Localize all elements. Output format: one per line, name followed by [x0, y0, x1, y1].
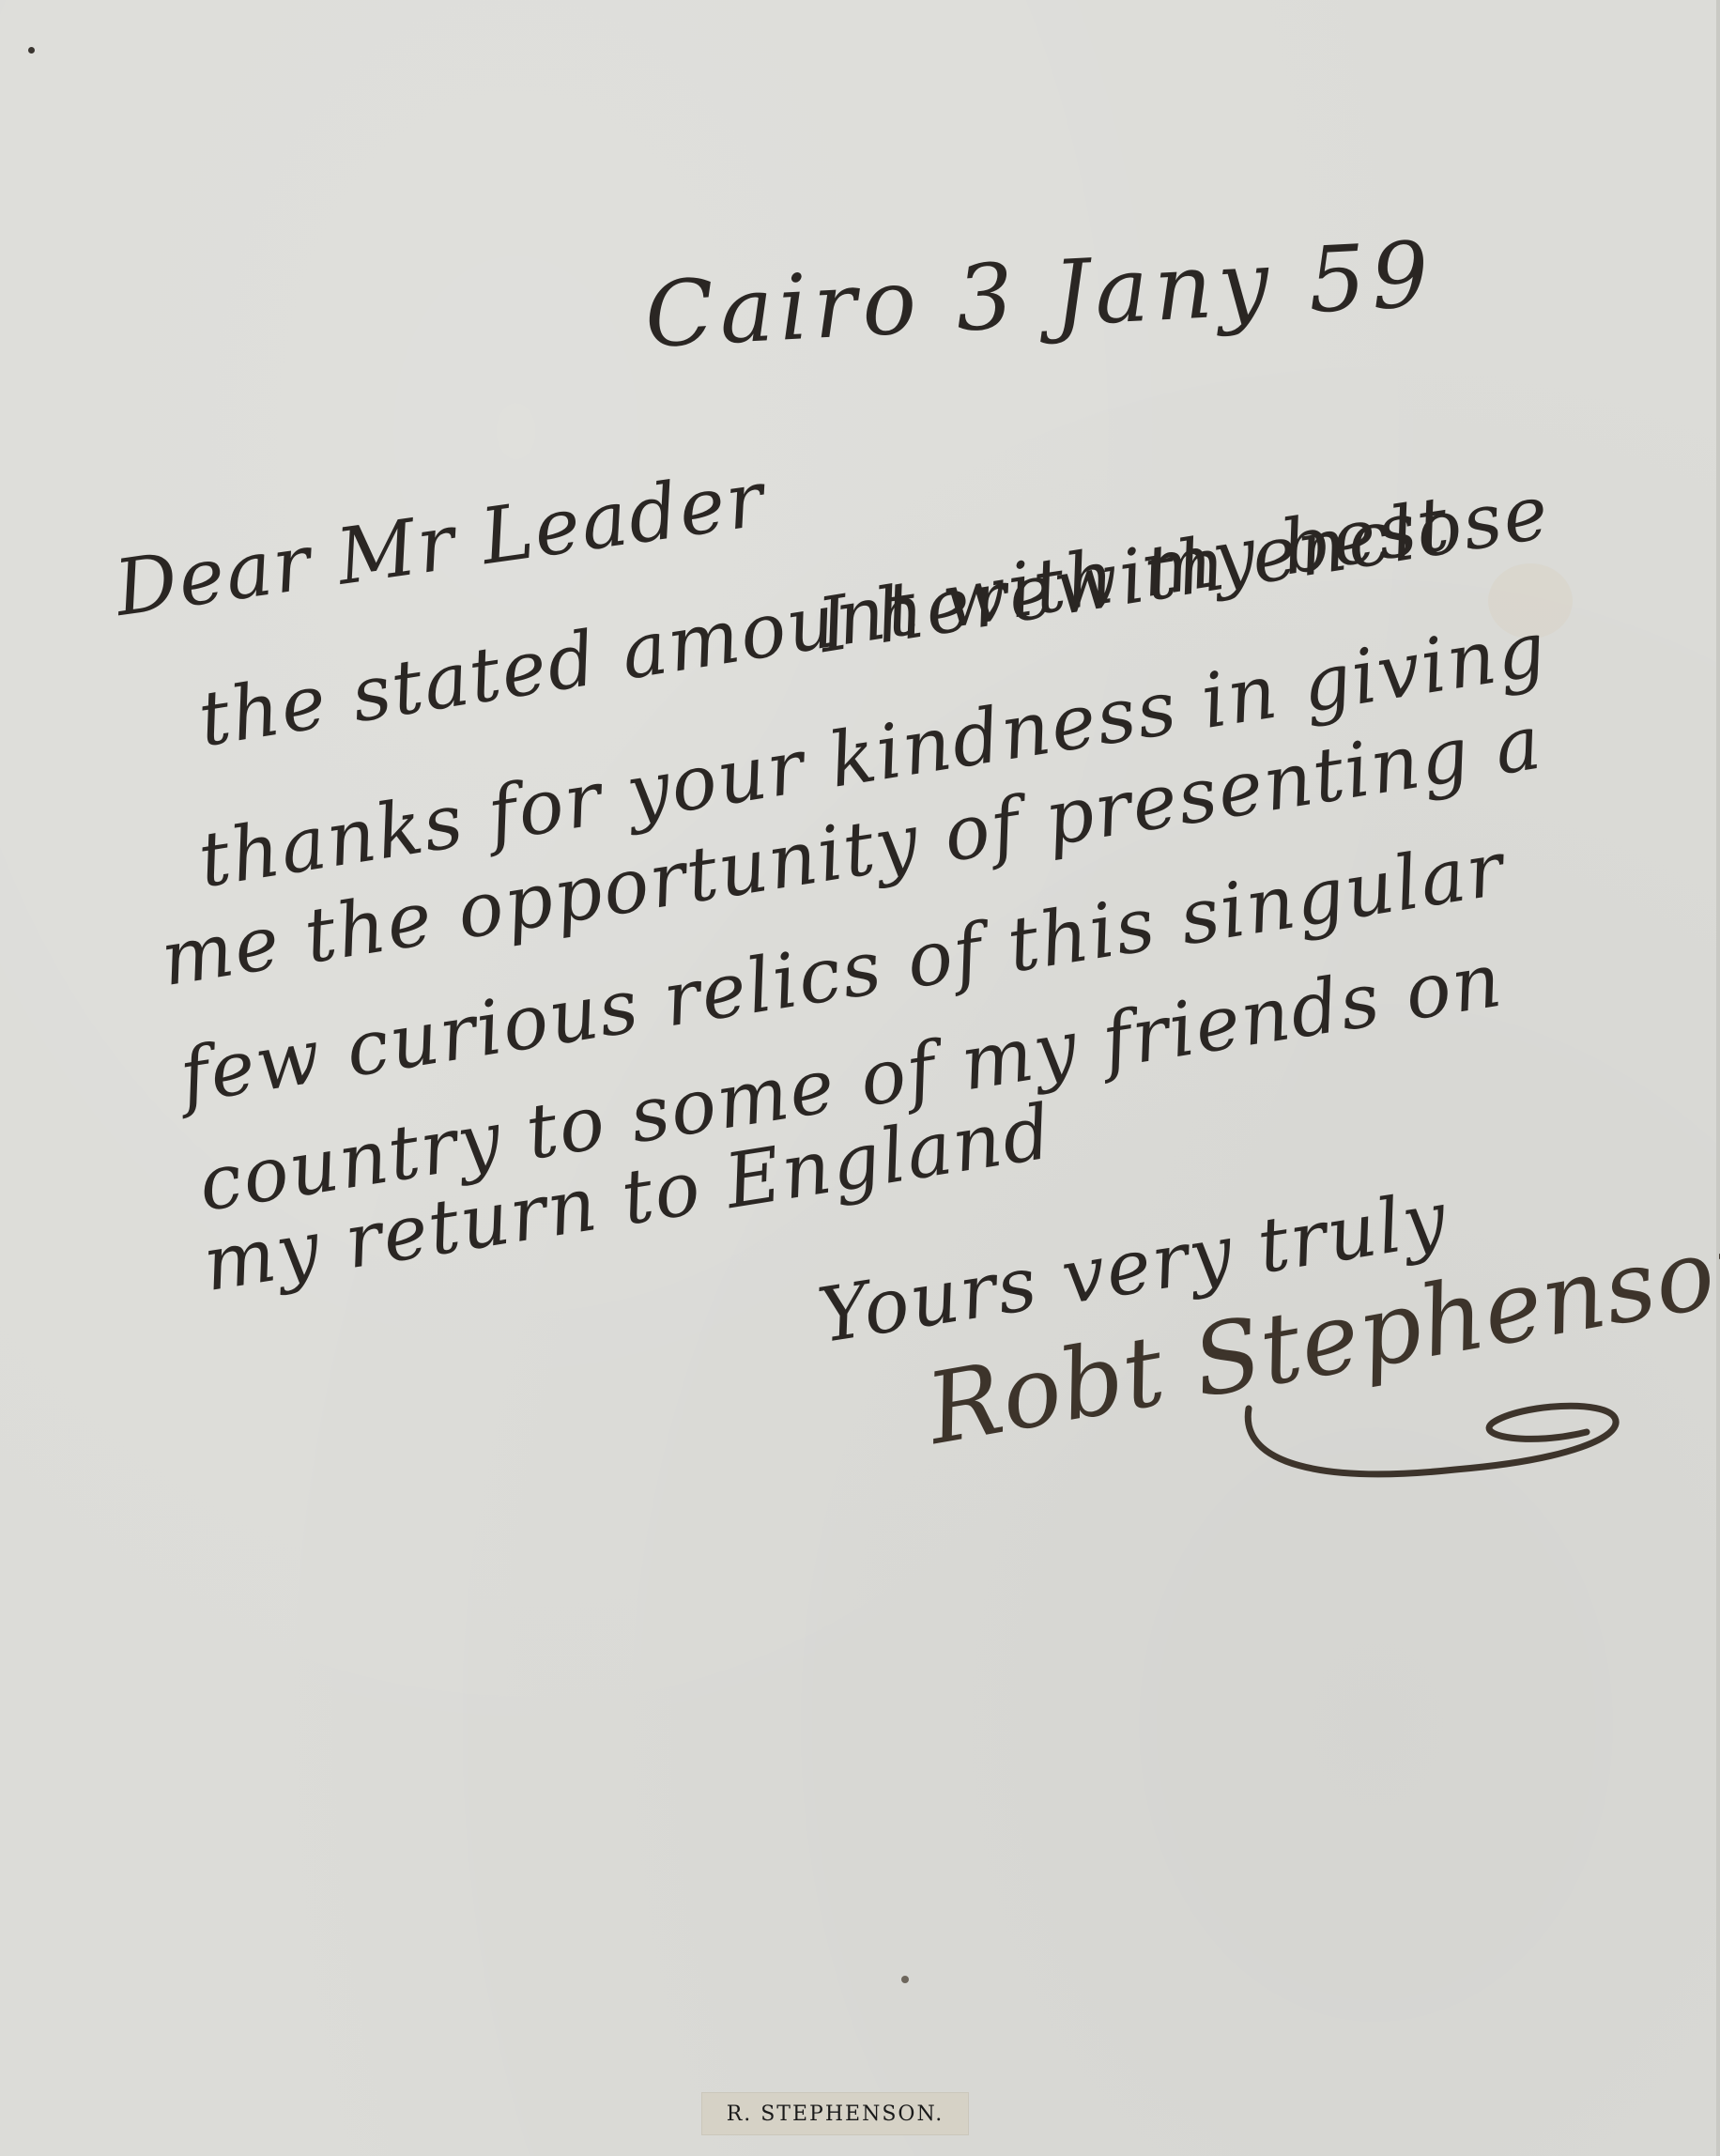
printed-name-text: R. STEPHENSON.: [727, 2102, 944, 2126]
letter-page: Cairo 3 Jany 59 Dear Mr Leader I herewit…: [0, 0, 1720, 2156]
page-edge: [1716, 0, 1720, 2156]
paper-speck: [28, 47, 35, 54]
signature-flourish-icon: [1211, 1380, 1662, 1493]
dateline: Cairo 3 Jany 59: [642, 222, 1436, 368]
paper-speck: [901, 1976, 909, 1983]
printed-name-label: R. STEPHENSON.: [701, 2092, 969, 2135]
